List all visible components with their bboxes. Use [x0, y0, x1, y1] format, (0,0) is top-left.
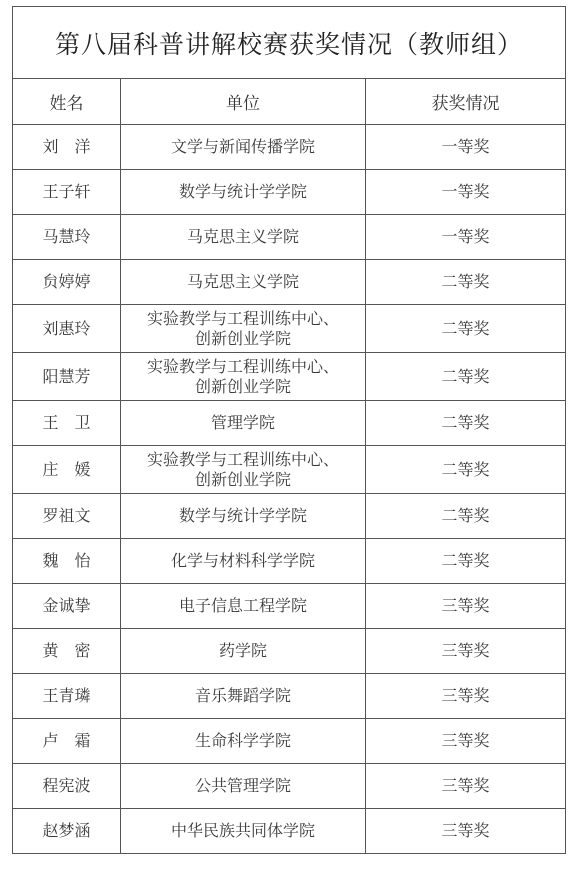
- cell-unit: 化学与材料科学学院: [121, 539, 366, 584]
- table-row: 卢 霜生命科学学院三等奖: [13, 719, 566, 764]
- table-row: 王 卫管理学院二等奖: [13, 401, 566, 446]
- unit-line: 实验教学与工程训练中心、: [121, 450, 365, 470]
- cell-award: 三等奖: [366, 719, 566, 764]
- cell-award: 一等奖: [366, 215, 566, 260]
- unit-line: 马克思主义学院: [121, 227, 365, 247]
- cell-name: 王子轩: [13, 170, 121, 215]
- unit-line: 生命科学学院: [121, 731, 365, 751]
- cell-award: 一等奖: [366, 170, 566, 215]
- cell-name: 刘 洋: [13, 125, 121, 170]
- unit-line: 实验教学与工程训练中心、: [121, 357, 365, 377]
- cell-unit: 马克思主义学院: [121, 260, 366, 305]
- header-award: 获奖情况: [366, 79, 566, 125]
- table-row: 赵梦涵中华民族共同体学院三等奖: [13, 809, 566, 854]
- cell-unit: 中华民族共同体学院: [121, 809, 366, 854]
- cell-name: 魏 怡: [13, 539, 121, 584]
- cell-award: 二等奖: [366, 353, 566, 401]
- cell-award: 二等奖: [366, 260, 566, 305]
- cell-unit: 实验教学与工程训练中心、创新创业学院: [121, 353, 366, 401]
- cell-name: 赵梦涵: [13, 809, 121, 854]
- cell-unit: 生命科学学院: [121, 719, 366, 764]
- table-row: 刘 洋文学与新闻传播学院一等奖: [13, 125, 566, 170]
- cell-name: 王 卫: [13, 401, 121, 446]
- unit-line: 马克思主义学院: [121, 272, 365, 292]
- cell-award: 三等奖: [366, 629, 566, 674]
- table-row: 贠婷婷马克思主义学院二等奖: [13, 260, 566, 305]
- cell-name: 金诚挚: [13, 584, 121, 629]
- unit-line: 管理学院: [121, 413, 365, 433]
- unit-line: 数学与统计学学院: [121, 506, 365, 526]
- table-row: 程宪波公共管理学院三等奖: [13, 764, 566, 809]
- cell-name: 黄 密: [13, 629, 121, 674]
- unit-line: 创新创业学院: [121, 470, 365, 490]
- awards-table: 第八届科普讲解校赛获奖情况（教师组） 姓名 单位 获奖情况 刘 洋文学与新闻传播…: [12, 6, 566, 854]
- unit-line: 电子信息工程学院: [121, 596, 365, 616]
- cell-name: 马慧玲: [13, 215, 121, 260]
- cell-award: 二等奖: [366, 494, 566, 539]
- cell-name: 卢 霜: [13, 719, 121, 764]
- cell-award: 二等奖: [366, 539, 566, 584]
- cell-name: 王青璘: [13, 674, 121, 719]
- cell-name: 阳慧芳: [13, 353, 121, 401]
- table-row: 马慧玲马克思主义学院一等奖: [13, 215, 566, 260]
- table-row: 金诚挚电子信息工程学院三等奖: [13, 584, 566, 629]
- table-title: 第八届科普讲解校赛获奖情况（教师组）: [13, 7, 566, 79]
- table-row: 庄 媛实验教学与工程训练中心、创新创业学院二等奖: [13, 446, 566, 494]
- unit-line: 中华民族共同体学院: [121, 821, 365, 841]
- cell-award: 一等奖: [366, 125, 566, 170]
- cell-unit: 公共管理学院: [121, 764, 366, 809]
- cell-award: 二等奖: [366, 446, 566, 494]
- cell-unit: 文学与新闻传播学院: [121, 125, 366, 170]
- cell-unit: 马克思主义学院: [121, 215, 366, 260]
- cell-award: 三等奖: [366, 674, 566, 719]
- header-row: 姓名 单位 获奖情况: [13, 79, 566, 125]
- cell-unit: 数学与统计学学院: [121, 494, 366, 539]
- unit-line: 数学与统计学学院: [121, 182, 365, 202]
- table-row: 阳慧芳实验教学与工程训练中心、创新创业学院二等奖: [13, 353, 566, 401]
- unit-line: 音乐舞蹈学院: [121, 686, 365, 706]
- cell-unit: 管理学院: [121, 401, 366, 446]
- cell-unit: 实验教学与工程训练中心、创新创业学院: [121, 446, 366, 494]
- unit-line: 化学与材料科学学院: [121, 551, 365, 571]
- cell-name: 庄 媛: [13, 446, 121, 494]
- unit-line: 创新创业学院: [121, 329, 365, 349]
- cell-name: 程宪波: [13, 764, 121, 809]
- cell-award: 三等奖: [366, 764, 566, 809]
- table-row: 王子轩数学与统计学学院一等奖: [13, 170, 566, 215]
- cell-award: 三等奖: [366, 809, 566, 854]
- unit-line: 文学与新闻传播学院: [121, 137, 365, 157]
- table-row: 刘惠玲实验教学与工程训练中心、创新创业学院二等奖: [13, 305, 566, 353]
- unit-line: 药学院: [121, 641, 365, 661]
- header-unit: 单位: [121, 79, 366, 125]
- cell-name: 刘惠玲: [13, 305, 121, 353]
- cell-award: 三等奖: [366, 584, 566, 629]
- title-row: 第八届科普讲解校赛获奖情况（教师组）: [13, 7, 566, 79]
- cell-unit: 药学院: [121, 629, 366, 674]
- cell-name: 罗祖文: [13, 494, 121, 539]
- cell-award: 二等奖: [366, 401, 566, 446]
- table-row: 王青璘音乐舞蹈学院三等奖: [13, 674, 566, 719]
- header-name: 姓名: [13, 79, 121, 125]
- cell-unit: 电子信息工程学院: [121, 584, 366, 629]
- unit-line: 创新创业学院: [121, 377, 365, 397]
- table-row: 罗祖文数学与统计学学院二等奖: [13, 494, 566, 539]
- cell-name: 贠婷婷: [13, 260, 121, 305]
- cell-unit: 音乐舞蹈学院: [121, 674, 366, 719]
- unit-line: 实验教学与工程训练中心、: [121, 309, 365, 329]
- cell-award: 二等奖: [366, 305, 566, 353]
- table-row: 黄 密药学院三等奖: [13, 629, 566, 674]
- cell-unit: 数学与统计学学院: [121, 170, 366, 215]
- unit-line: 公共管理学院: [121, 776, 365, 796]
- cell-unit: 实验教学与工程训练中心、创新创业学院: [121, 305, 366, 353]
- table-row: 魏 怡化学与材料科学学院二等奖: [13, 539, 566, 584]
